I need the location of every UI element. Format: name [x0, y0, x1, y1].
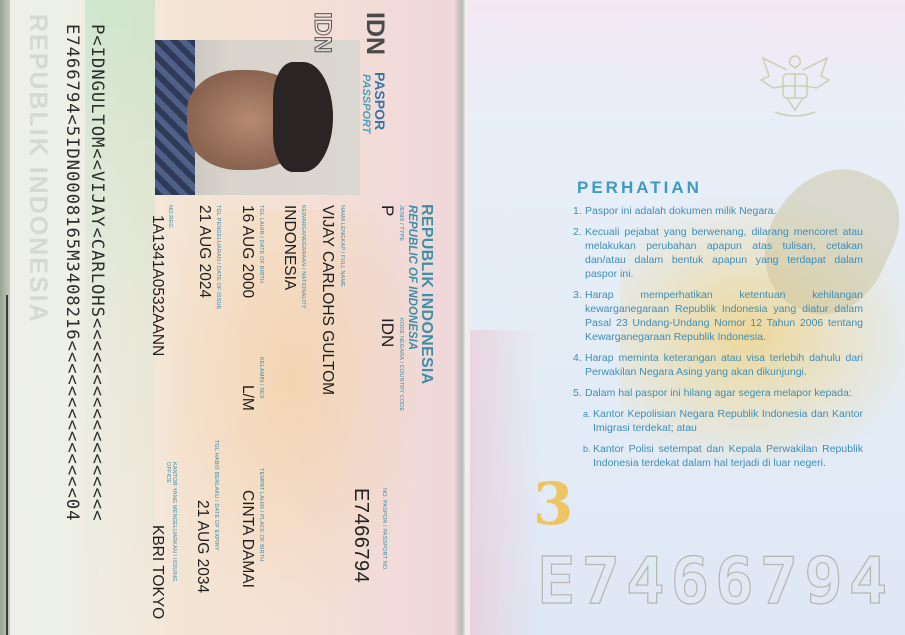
- notice-list: 1. Paspor ini adalah dokumen milik Negar…: [573, 204, 863, 477]
- notice-text: Kecuali pejabat yang berwenang, dilarang…: [585, 225, 863, 281]
- dob-value: 16 AUG 2000: [238, 205, 256, 298]
- garuda-emblem-icon: [757, 50, 833, 122]
- full-name-label: NAMA LENGKAP / FULL NAME: [339, 205, 345, 287]
- notice-text: Harap memperhatikan ketentuan kehilangan…: [585, 288, 863, 344]
- dob-label: TGL LAHIR / DATE OF BIRTH: [258, 205, 264, 283]
- date-of-issue-value: 21 AUG 2024: [195, 205, 213, 298]
- watermark-text: REPUBLIK INDONESIA: [23, 14, 52, 324]
- notice-subitem: a. Kantor Kepolisian Negara Republik Ind…: [583, 407, 863, 435]
- notice-subtext: Kantor Polisi setempat dan Kepala Perwak…: [593, 442, 863, 470]
- notice-text: Paspor ini adalah dokumen milik Negara.: [585, 204, 863, 218]
- title-passport: PASSPORT: [360, 74, 372, 134]
- page-tint: [470, 330, 540, 635]
- notice-subtext: Kantor Kepolisian Negara Republik Indone…: [593, 407, 863, 435]
- holder-photo: [155, 40, 360, 195]
- notice-number: 5.: [573, 386, 585, 400]
- notice-heading: PERHATIAN: [577, 178, 702, 198]
- reg-no-value: 1A1341A0532AANN: [148, 215, 166, 356]
- country-code-outline: IDN: [308, 12, 336, 53]
- country-code-label: KODE NEGARA / COUNTRY CODE: [398, 318, 404, 411]
- passport-no-value: E7466794: [349, 488, 372, 583]
- country-name-id: REPUBLIK INDONESIA: [417, 204, 435, 385]
- full-name-value: VIJAY CARLOHS GULTOM: [318, 205, 336, 395]
- notice-number: 3.: [573, 288, 585, 344]
- date-of-expiry-label: TGL HABIS BERLAKU / DATE OF EXPIRY: [213, 440, 219, 551]
- notice-item: 4. Harap meminta keterangan atau visa te…: [573, 351, 863, 379]
- notice-item: 5. Dalam hal paspor ini hilang agar sege…: [573, 386, 863, 400]
- page-edge: [0, 0, 10, 635]
- country-code-bold: IDN: [360, 12, 389, 55]
- mrz-line-1: P<IDNGULTOM<<VIJAY<CARLOHS<<<<<<<<<<<<<<…: [87, 24, 107, 521]
- notice-number: 4.: [573, 351, 585, 379]
- place-of-birth-value: CINTA DAMAI: [238, 490, 256, 588]
- date-of-expiry-value: 21 AUG 2034: [193, 500, 211, 593]
- passport-data-page: REPUBLIK INDONESIA P<IDNGULTOM<<VIJAY<CA…: [0, 0, 462, 635]
- nationality-label: KEWARGANEGARAAN / NATIONALITY: [300, 205, 306, 309]
- perforated-passport-number: E7466794: [537, 545, 893, 619]
- page-number: 3: [533, 470, 573, 538]
- sex-label: KELAMIN / SEX: [258, 357, 264, 399]
- notice-number: 2.: [573, 225, 585, 281]
- notice-number: 1.: [573, 204, 585, 218]
- issuing-office-label: KANTOR YANG MENGELUARKAN / ISSUING OFFIC…: [165, 462, 177, 582]
- country-name-en: REPUBLIC OF INDONESIA: [406, 205, 418, 350]
- place-of-birth-label: TEMPAT LAHIR / PLACE OF BIRTH: [258, 468, 264, 561]
- photo-hair: [273, 62, 333, 172]
- mrz-line-2: E7466794<5IDN0008165M3408216<<<<<<<<<<<<…: [62, 24, 82, 521]
- passport-no-label: NO. PASPOR / PASSPORT NO.: [381, 488, 387, 571]
- notice-item: 2. Kecuali pejabat yang berwenang, dilar…: [573, 225, 863, 281]
- notice-text: Harap meminta keterangan atau visa terle…: [585, 351, 863, 379]
- nationality-value: INDONESIA: [280, 205, 298, 290]
- reg-no-label: NO.REG.: [167, 205, 173, 229]
- date-of-issue-label: TGL PENGELUARAN / DATE OF ISSUE: [215, 205, 221, 309]
- notice-item: 1. Paspor ini adalah dokumen milik Negar…: [573, 204, 863, 218]
- title-paspor: PASPOR: [372, 72, 388, 130]
- notice-subnumber: a.: [583, 407, 593, 435]
- notice-item: 3. Harap memperhatikan ketentuan kehilan…: [573, 288, 863, 344]
- sex-value: L/M: [238, 385, 256, 411]
- notice-subitem: b. Kantor Polisi setempat dan Kepala Per…: [583, 442, 863, 470]
- country-code-value: IDN: [377, 318, 397, 347]
- notice-subnumber: b.: [583, 442, 593, 470]
- notice-text: Dalam hal paspor ini hilang agar segera …: [585, 386, 863, 400]
- type-label: JENIS / TYPE: [398, 205, 404, 241]
- issuing-office-value: KBRI TOKYO: [148, 525, 166, 619]
- type-value: P: [377, 205, 397, 216]
